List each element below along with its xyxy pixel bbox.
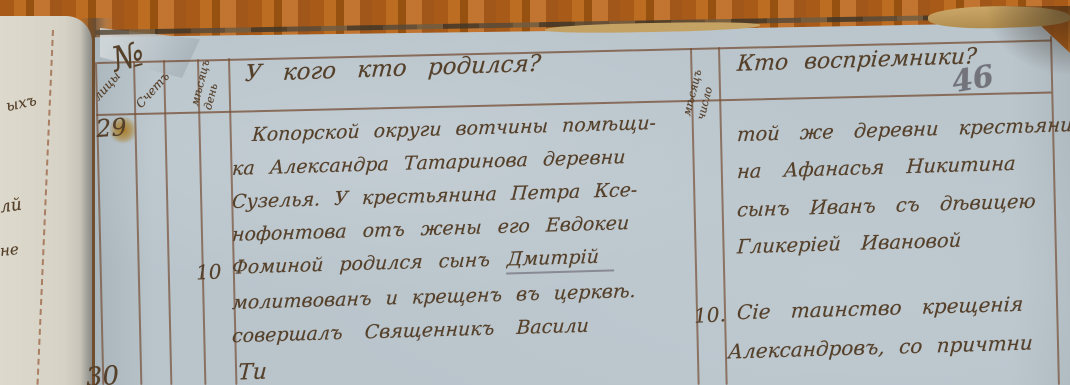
adjacent-page-fragment: не <box>0 242 19 259</box>
underlined-child-name: Дмитрій <box>506 245 615 274</box>
page-corner-shadow <box>985 6 1070 76</box>
next-entry-number: 30 <box>85 363 120 385</box>
birth-day-number: 10 <box>195 261 221 282</box>
photo-of-register-book: { "document": { "headers": { "numero_flo… <box>0 0 1070 385</box>
birth-entry-line-partial: Ти <box>237 361 267 384</box>
baptism-day-number: 10. <box>693 304 726 326</box>
entry-number: 29 <box>95 115 127 141</box>
adjacent-page-fragment: лй <box>0 197 23 217</box>
